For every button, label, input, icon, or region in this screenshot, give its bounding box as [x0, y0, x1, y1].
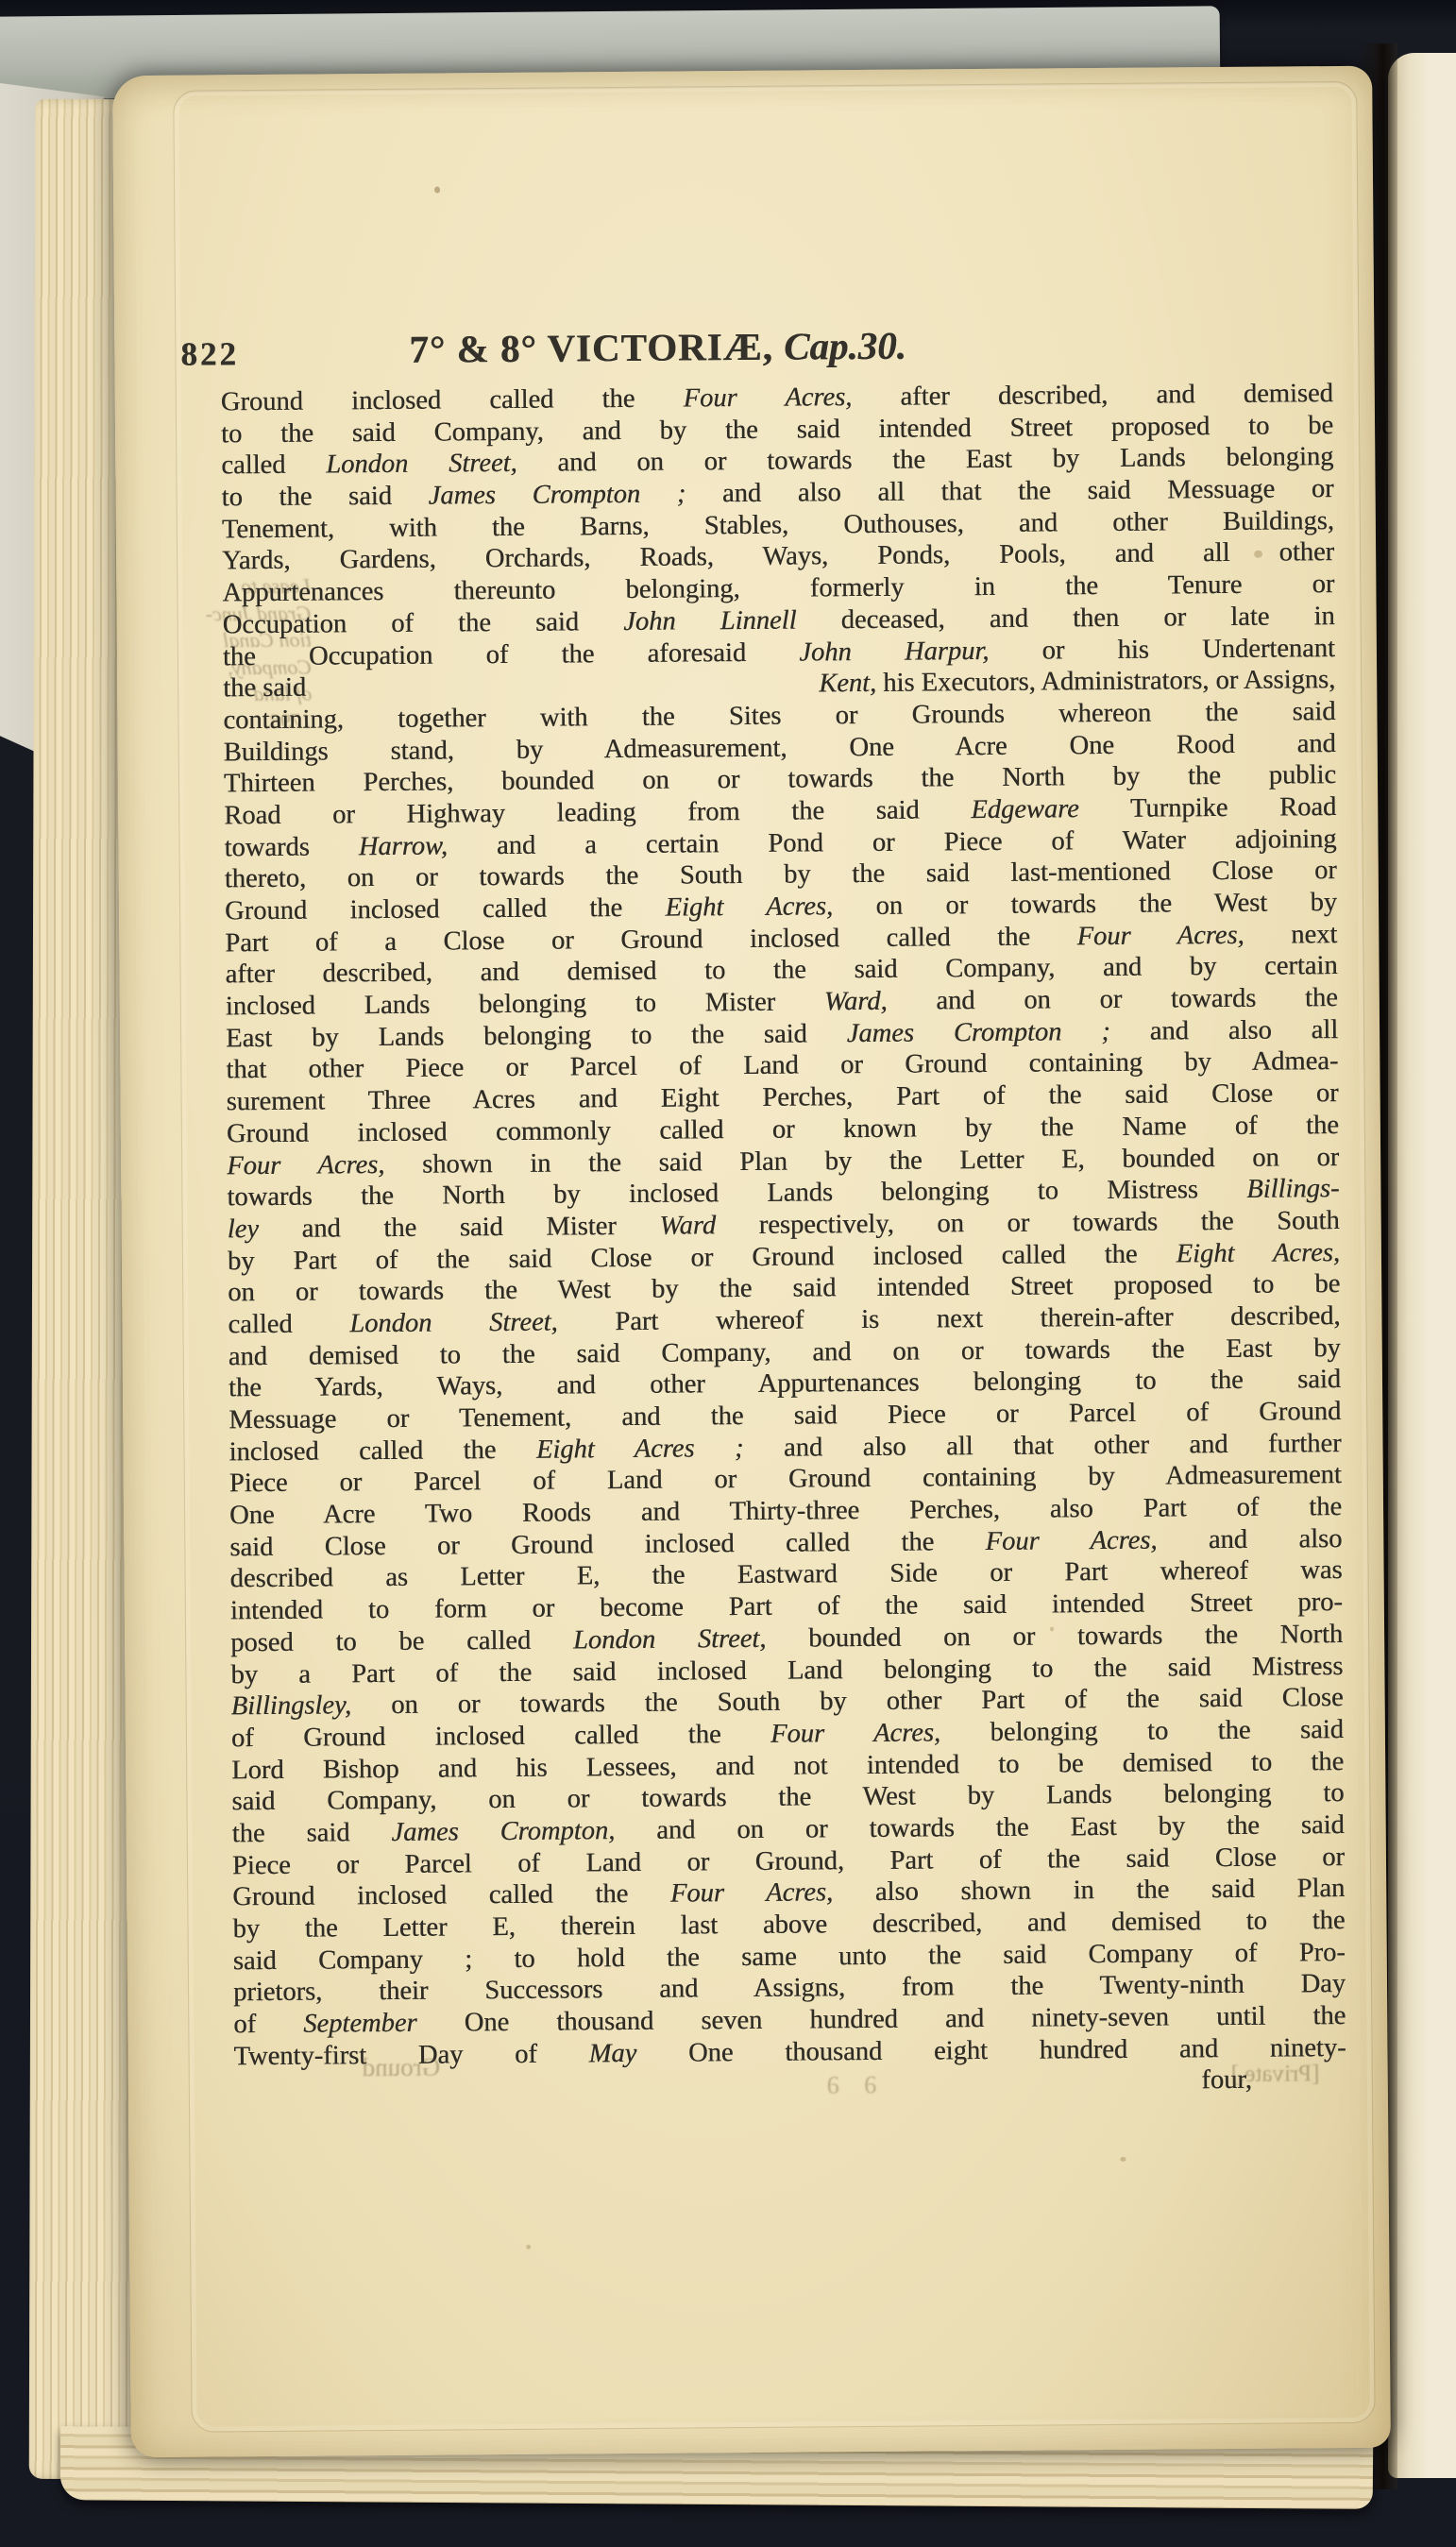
chapter-label: Cap.30. [784, 324, 906, 368]
page-header: 822 7° & 8° VICTORIÆ, Cap.30. [114, 319, 1332, 376]
next-page-edge [1388, 53, 1456, 2478]
body-text: Ground inclosed called the Four Acres, a… [221, 378, 1346, 2104]
page: 822 7° & 8° VICTORIÆ, Cap.30. Lease toGr… [112, 66, 1391, 2457]
running-title-text: 7° & 8° VICTORIÆ, [409, 325, 773, 371]
page-number: 822 [180, 335, 239, 373]
bleedthrough-signature-mark: 9 9 [818, 2070, 877, 2098]
bleedthrough-ground: Ground [363, 2053, 441, 2083]
running-title: 7° & 8° VICTORIÆ, Cap.30. [409, 323, 906, 372]
book-scan: 822 7° & 8° VICTORIÆ, Cap.30. Lease toGr… [0, 0, 1456, 2547]
bleedthrough-private-label: [Private.] [1231, 2061, 1320, 2088]
